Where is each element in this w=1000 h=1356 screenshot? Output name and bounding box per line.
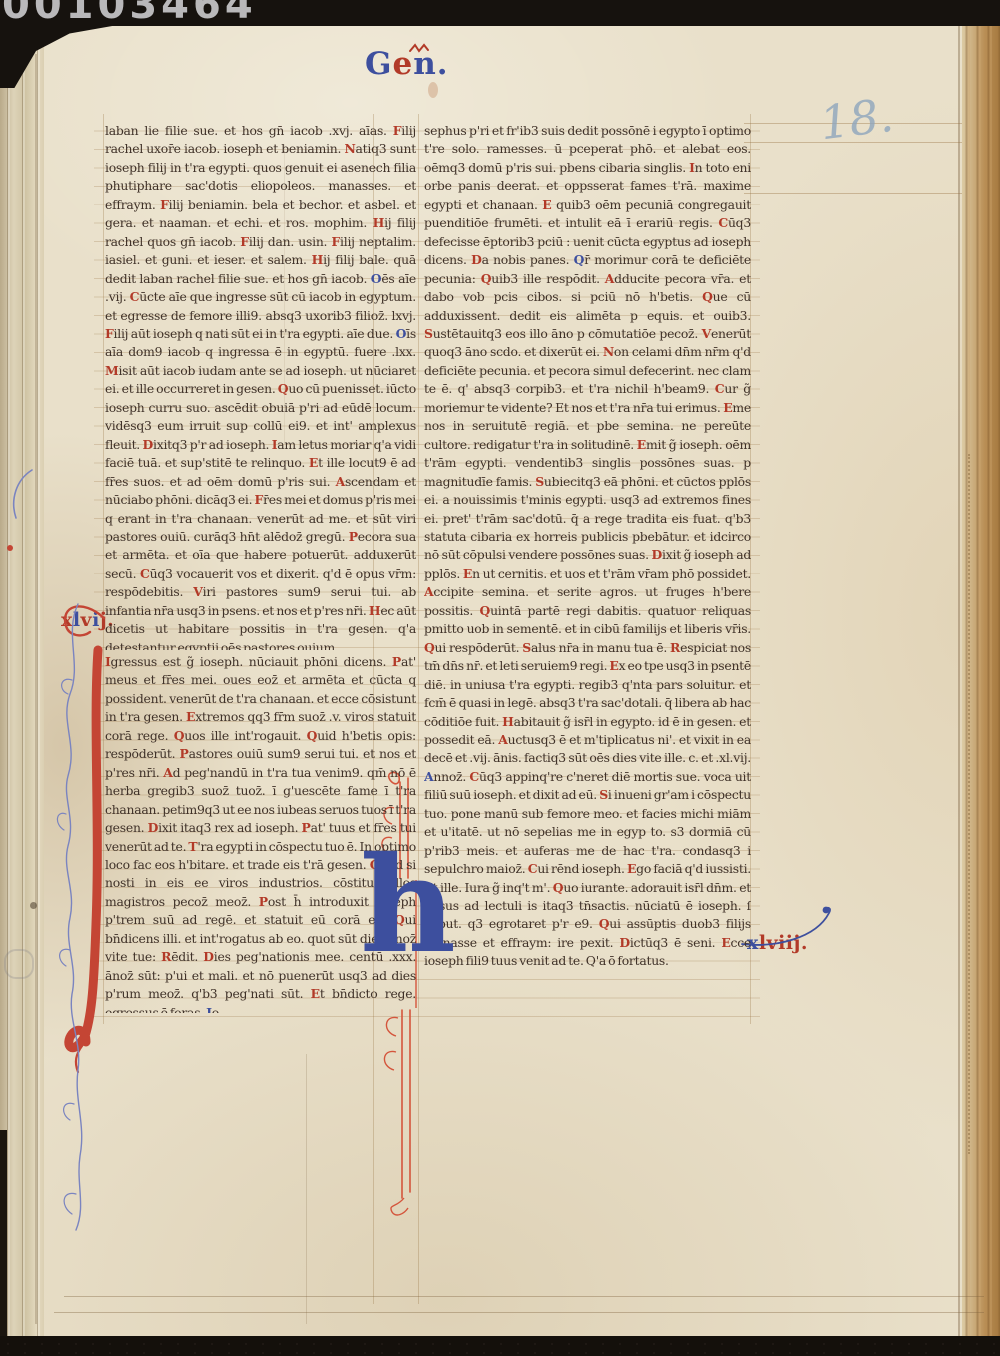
bottom-edge-line (64, 1296, 984, 1297)
bottom-edge-line (54, 1312, 984, 1313)
gutter-fold-line (35, 54, 37, 1324)
pricking-marks (968, 454, 970, 1154)
manuscript-page: Gen. 18. xlvij. xlviij. h laban lie fili… (44, 24, 1000, 1336)
photo-background-left (0, 1130, 7, 1356)
stain (30, 902, 37, 909)
page-right-edge-line (958, 24, 960, 1336)
abbreviation-mark-icon (408, 42, 430, 54)
margin-flourish (2, 462, 38, 562)
running-title: Gen. (365, 46, 449, 82)
folio-number: 18. (817, 88, 896, 151)
photo-background-top: 00103464 (0, 0, 1000, 26)
show-through-mark (4, 949, 34, 979)
initial-h: h (360, 840, 456, 972)
parchment-crease (306, 1054, 307, 1324)
stain (428, 82, 438, 98)
ruled-line-extension (744, 193, 962, 194)
right-column-text: sephus p'ri et fr'ib3 suis dedit possōnē… (424, 122, 751, 1014)
chapter-48-flourish (736, 904, 836, 956)
left-column-text-ch46: laban lie filie sue. et hos gn̄ iacob .x… (105, 122, 416, 650)
photo-background-bottom (0, 1336, 1000, 1356)
shelfmark-digits: 00103464 (2, 0, 257, 26)
